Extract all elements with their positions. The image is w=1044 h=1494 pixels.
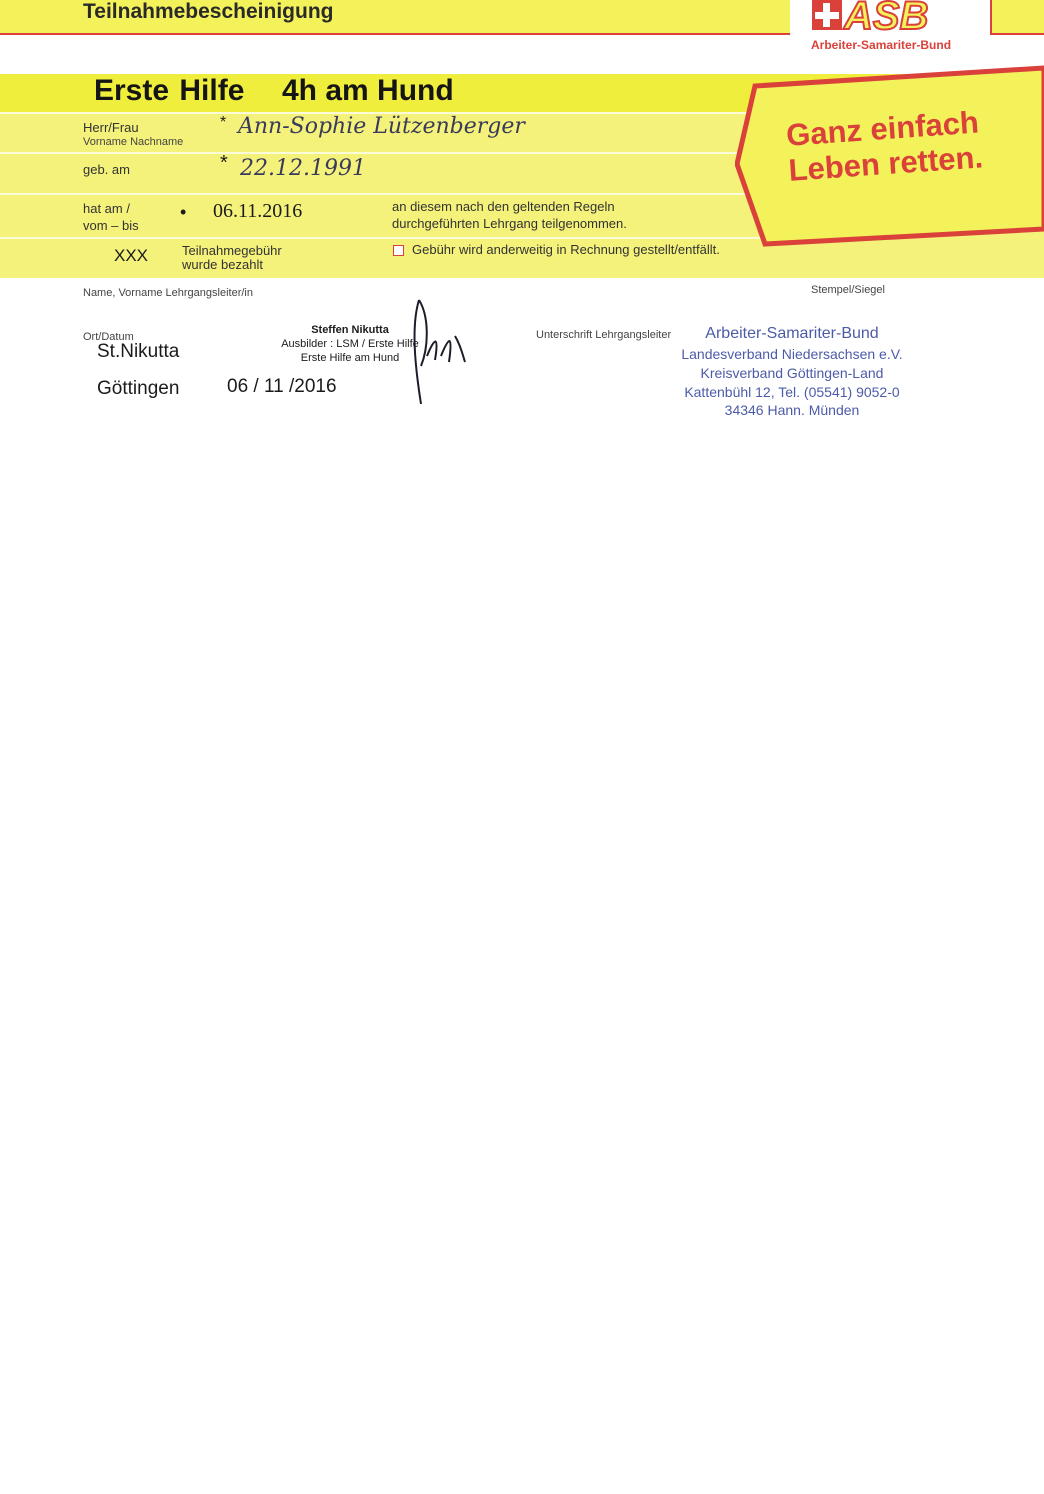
fee-value: XXX xyxy=(114,246,148,266)
stamp-line-3: Kreisverband Göttingen-Land xyxy=(652,365,932,381)
handwritten-signature-icon xyxy=(405,296,470,408)
asb-logo-icon: ASB xyxy=(812,0,972,34)
row-divider xyxy=(0,152,780,154)
logo-text: ASB xyxy=(843,0,928,34)
fee-sublabel: wurde bezahlt xyxy=(182,257,263,272)
birth-label: geb. am xyxy=(83,162,130,177)
fee-checkbox[interactable] xyxy=(393,245,404,256)
name-label: Herr/Frau xyxy=(83,120,139,135)
instructor-stamp: Steffen Nikutta Ausbilder : LSM / Erste … xyxy=(280,323,420,365)
birth-marker: * xyxy=(220,152,228,175)
participant-name: Ann-Sophie Lützenberger xyxy=(238,114,525,139)
name-sublabel: Vorname Nachname xyxy=(83,136,183,148)
header-bar-right xyxy=(990,0,1044,35)
course-subtitle: 4h am Hund xyxy=(282,74,454,108)
birth-date: 22.12.1991 xyxy=(240,156,366,181)
stamp-line-4: Kattenbühl 12, Tel. (05541) 9052-0 xyxy=(652,384,932,400)
fee-checkbox-label: Gebühr wird anderweitig in Rechnung gest… xyxy=(412,242,720,257)
stamp-line-2: Landesverband Niedersachsen e.V. xyxy=(652,346,932,362)
row-divider xyxy=(0,237,780,239)
instructor-name: St.Nikutta xyxy=(97,341,179,363)
name-marker: * xyxy=(220,114,226,132)
logo-subtitle: Arbeiter-Samariter-Bund xyxy=(811,38,951,52)
document-title: Teilnahmebescheinigung xyxy=(83,0,333,24)
course-title: Erste Hilfe xyxy=(94,74,244,108)
seal-label: Stempel/Siegel xyxy=(811,284,885,296)
instructor-stamp-course: Erste Hilfe am Hund xyxy=(280,351,420,365)
instructor-stamp-role: Ausbilder : LSM / Erste Hilfe xyxy=(280,337,420,351)
instructor-stamp-name: Steffen Nikutta xyxy=(280,323,420,337)
participation-text-2: durchgeführten Lehrgang teilgenommen. xyxy=(392,216,627,231)
date-sublabel: vom – bis xyxy=(83,218,139,233)
instructor-label: Name, Vorname Lehrgangsleiter/in xyxy=(83,287,253,299)
date: 06 / 11 /2016 xyxy=(227,376,337,398)
date-bullet: • xyxy=(180,202,186,223)
participation-text-1: an diesem nach den geltenden Regeln xyxy=(392,199,615,214)
date-label: hat am / xyxy=(83,201,130,216)
stamp-line-5: 34346 Hann. Münden xyxy=(652,402,932,418)
fee-label: Teilnahmegebühr xyxy=(182,243,282,258)
row-divider xyxy=(0,193,780,195)
signature-label: Unterschrift Lehrgangsleiter xyxy=(536,329,671,341)
stamp-line-1: Arbeiter-Samariter-Bund xyxy=(652,325,932,343)
place: Göttingen xyxy=(97,378,179,400)
course-date: 06.11.2016 xyxy=(213,200,302,223)
